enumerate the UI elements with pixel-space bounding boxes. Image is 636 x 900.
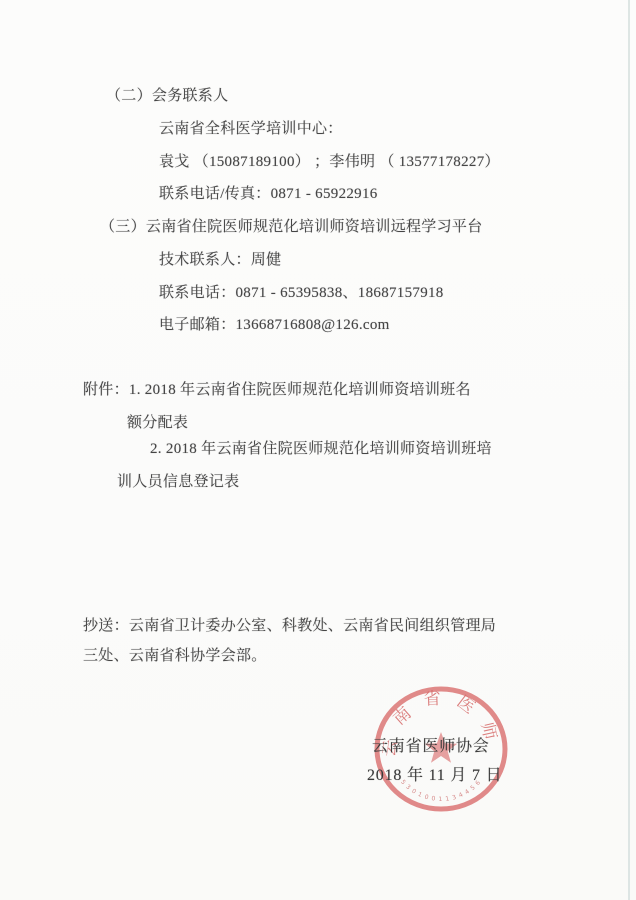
doc-line-email: 电子邮箱：13668716808@126.com <box>159 313 390 334</box>
doc-line-tech-phone: 联系电话：0871 - 65395838、18687157918 <box>159 281 444 302</box>
signature-org-name: 云南省医师协会 <box>372 733 490 756</box>
doc-line-attachment-2: 2. 2018 年云南省住院医师规范化培训师资培训班培 <box>150 437 492 458</box>
doc-line-attachment-2-cont: 训人员信息登记表 <box>117 470 239 491</box>
doc-line-contact-names: 袁戈 （15087189100） ；李伟明 （ 13577178227） <box>159 150 500 171</box>
doc-line-cc-list: 抄送：云南省卫计委办公室、科教处、云南省民间组织管理局 <box>83 614 496 635</box>
doc-line-section2-heading: （二）会务联系人 <box>106 84 228 105</box>
doc-line-attachment-1: 附件：1. 2018 年云南省住院医师规范化培训师资培训班名 <box>83 378 471 399</box>
doc-line-phone-fax: 联系电话/传真：0871 - 65922916 <box>159 182 378 203</box>
doc-line-attachment-1-cont: 额分配表 <box>127 411 188 432</box>
signature-date: 2018 年 11 月 7 日 <box>367 762 502 785</box>
scan-edge-line <box>628 0 630 900</box>
doc-line-training-center: 云南省全科医学培训中心： <box>159 117 343 138</box>
doc-line-section3-heading: （三）云南省住院医师规范化培训师资培训远程学习平台 <box>100 215 483 236</box>
doc-line-tech-contact: 技术联系人：周健 <box>159 248 281 269</box>
doc-line-cc-list-cont: 三处、云南省科协学会部。 <box>83 644 267 665</box>
